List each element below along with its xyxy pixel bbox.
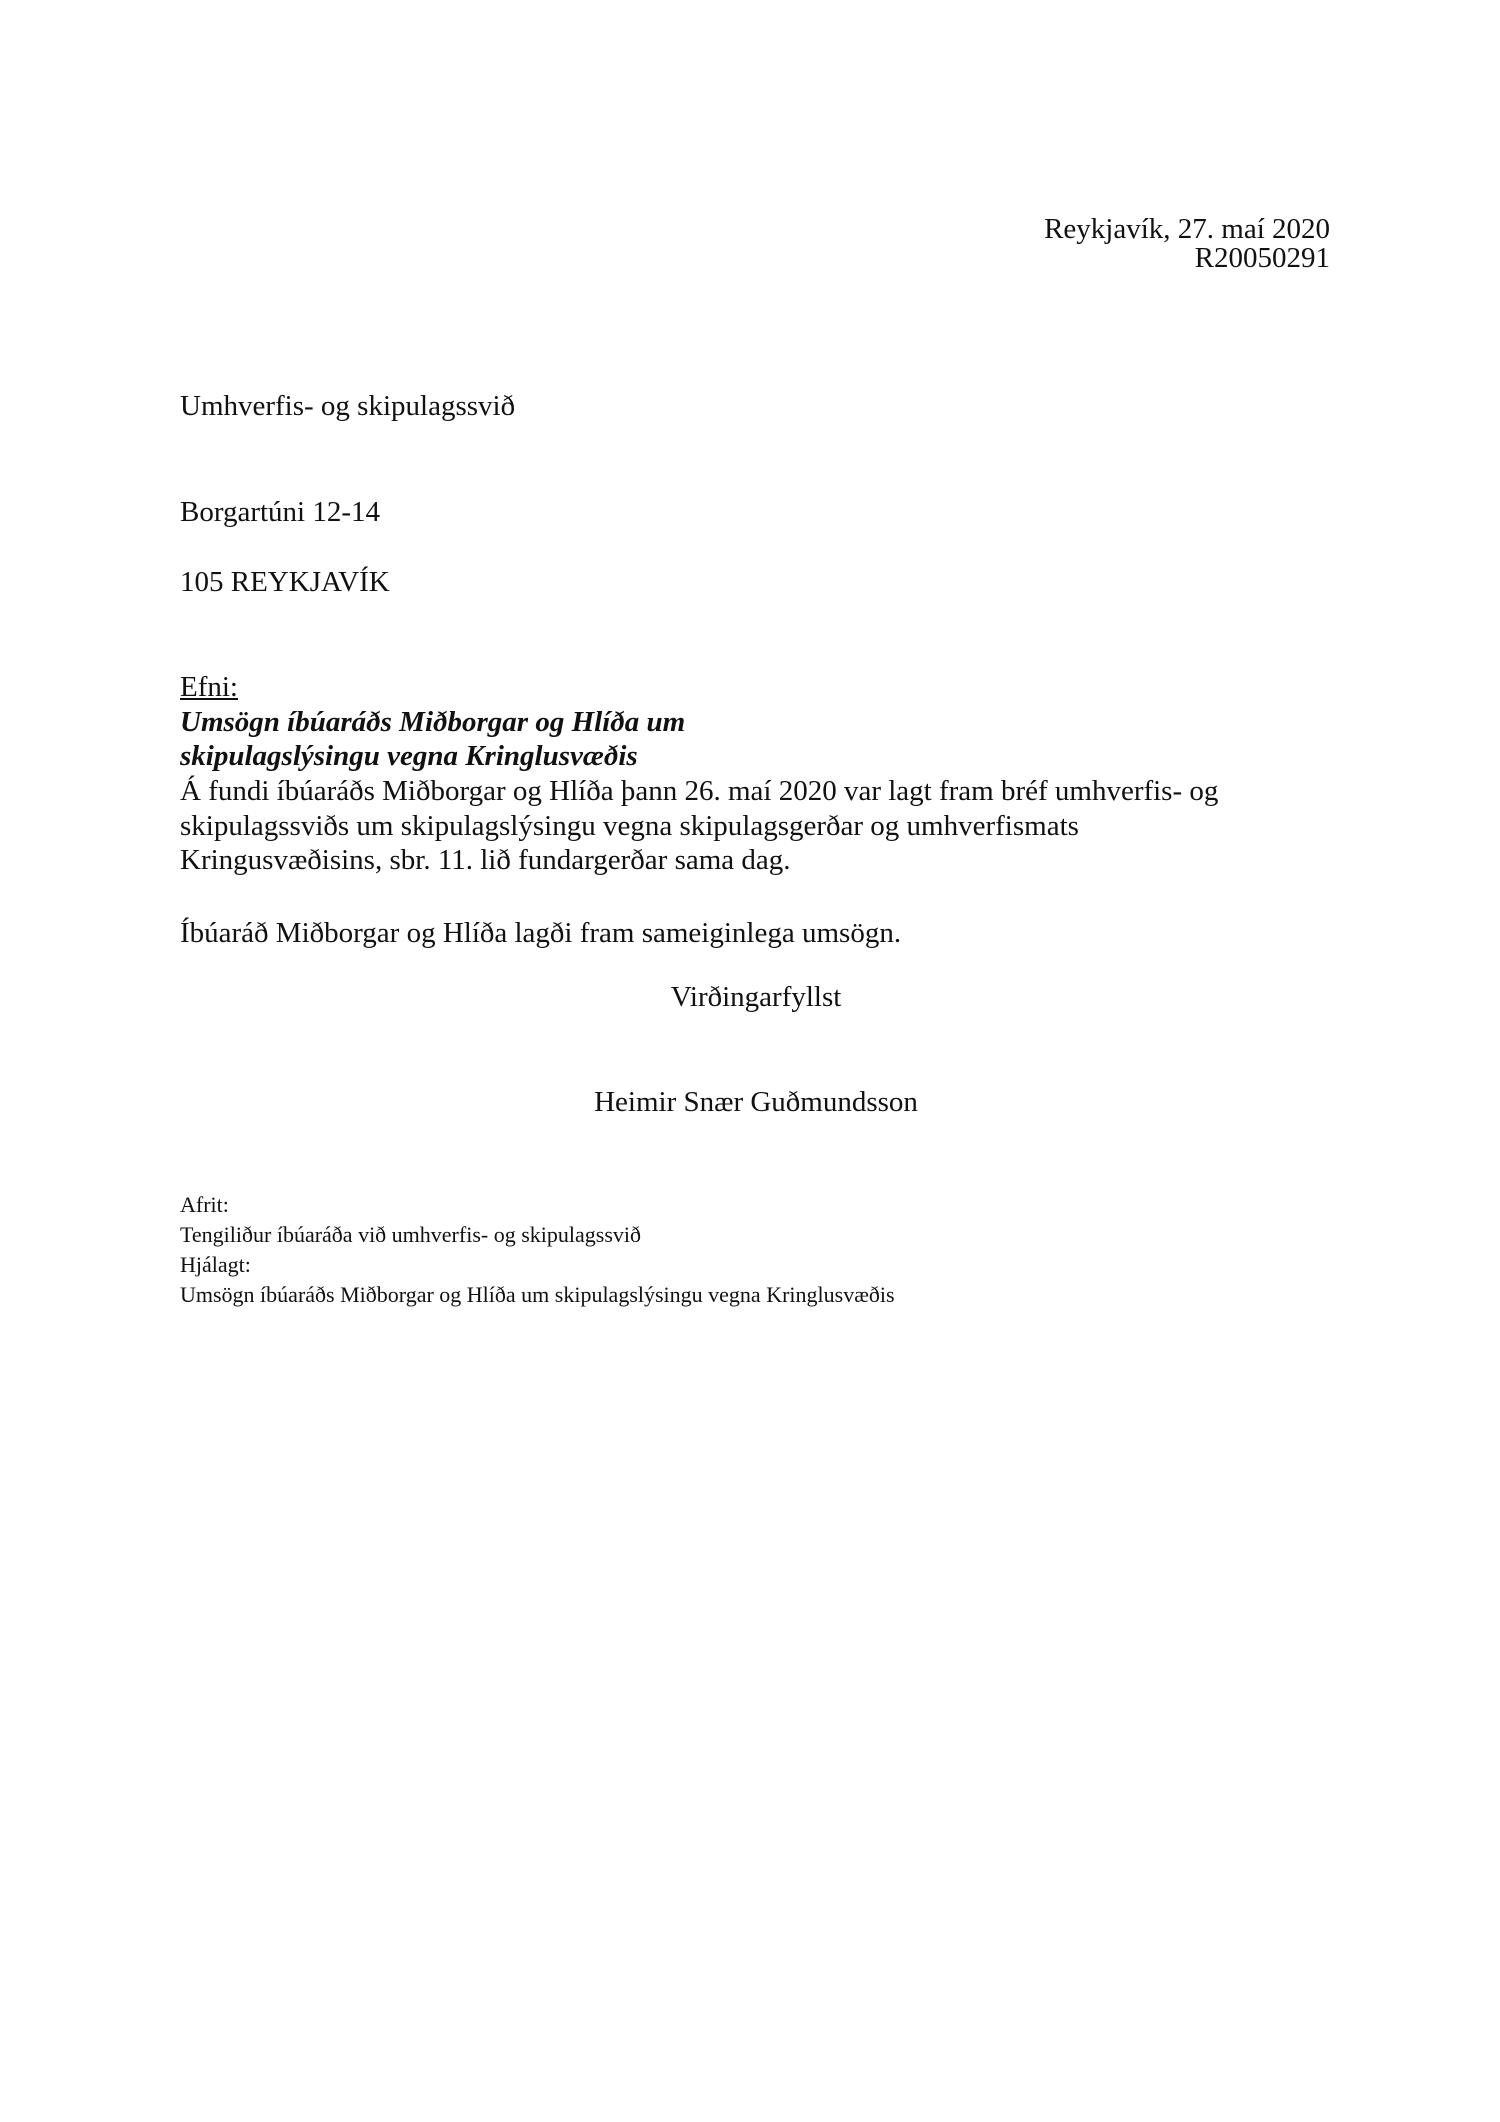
recipient-postcode-city: 105 REYKJAVÍK (180, 565, 390, 599)
body-paragraph1-line1: Á fundi íbúaráðs Miðborgar og Hlíða þann… (180, 774, 1218, 808)
body-paragraph1-line3: Kringusvæðisins, sbr. 11. lið fundargerð… (180, 843, 791, 877)
body-paragraph2: Íbúaráð Miðborgar og Hlíða lagði fram sa… (180, 916, 901, 950)
copy-recipient: Tengiliður íbúaráða við umhverfis- og sk… (180, 1220, 641, 1250)
subject-label: Efni: (180, 670, 238, 704)
attachment-title: Umsögn íbúaráðs Miðborgar og Hlíða um sk… (180, 1280, 895, 1310)
subject-title-line1: Umsögn íbúaráðs Miðborgar og Hlíða um (180, 705, 685, 739)
recipient-department: Umhverfis- og skipulagssvið (180, 389, 515, 423)
recipient-street: Borgartúni 12-14 (180, 495, 380, 529)
attachment-label: Hjálagt: (180, 1250, 251, 1280)
copy-label: Afrit: (180, 1190, 229, 1220)
subject-title-line2: skipulagslýsingu vegna Kringlusvæðis (180, 739, 638, 773)
body-paragraph1-line2: skipulagssviðs um skipulagslýsingu vegna… (180, 809, 1079, 843)
reference-number: R20050291 (1195, 241, 1330, 275)
closing-salutation: Virðingarfyllst (0, 980, 1500, 1014)
signatory-name: Heimir Snær Guðmundsson (0, 1085, 1500, 1119)
